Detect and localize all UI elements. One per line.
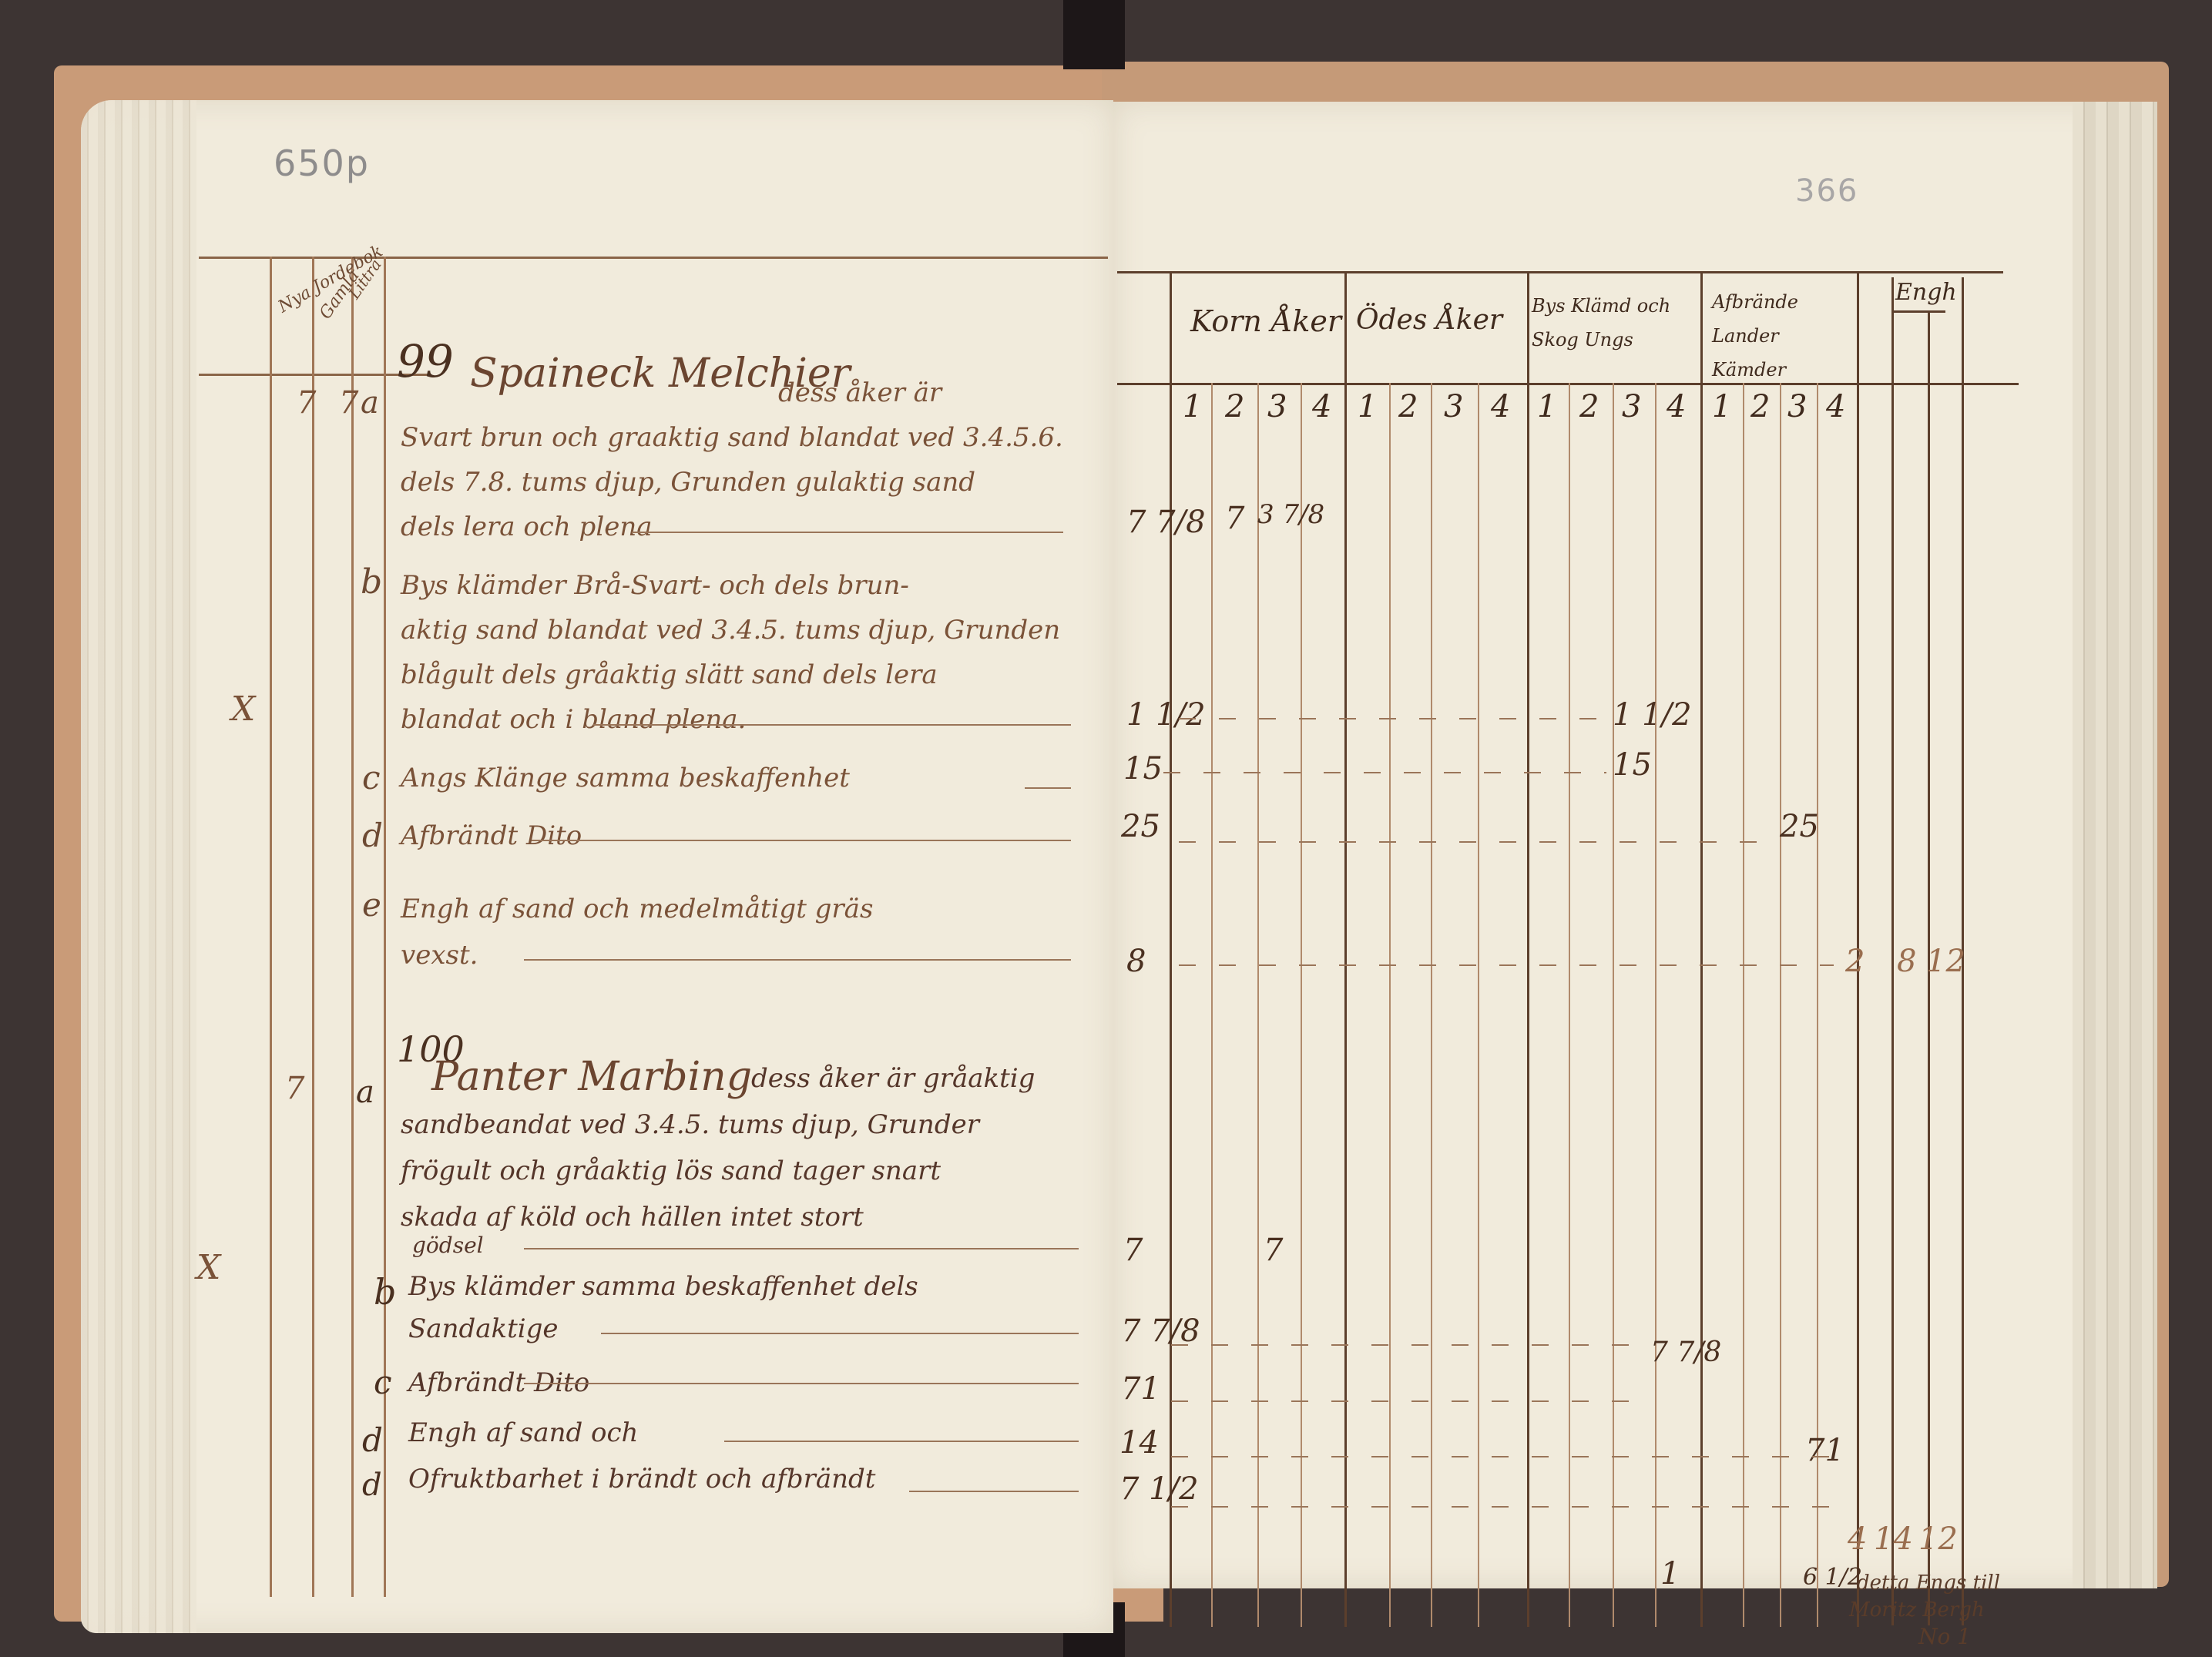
right-col-o2 <box>1389 383 1391 1627</box>
row-99b-total: 1 1/2 <box>1126 697 1206 733</box>
right-col-o1 <box>1344 271 1347 1627</box>
row-100d-engh2: 12 <box>1918 1521 1958 1557</box>
header-odes-aker: Ödes Åker <box>1356 304 1502 336</box>
subcol-odes-1: 1 <box>1358 389 1377 424</box>
dashes-100c <box>1171 1400 1633 1402</box>
entry-100a-line-4: skada af köld och hällen intet stort <box>401 1202 864 1233</box>
subcol-afbr-2: 2 <box>1750 389 1770 424</box>
subcol-korn-3: 3 <box>1267 389 1287 424</box>
right-col-a1 <box>1700 271 1703 1627</box>
row-99c-bys3: 15 <box>1613 747 1652 783</box>
left-col-divider-1 <box>270 257 272 1597</box>
leader-99d <box>532 840 1071 841</box>
entry-99-letter-d: d <box>362 817 383 854</box>
footnote-line-1: detta Engs till <box>1857 1571 2000 1595</box>
subcol-bys-2: 2 <box>1579 389 1599 424</box>
right-col-b2 <box>1569 383 1570 1627</box>
subcol-afbr-3: 3 <box>1787 389 1807 424</box>
subcol-korn-4: 4 <box>1312 389 1331 424</box>
entry-99a-line-3: dels 7.8. tums djup, Grunden gulaktig sa… <box>401 467 975 498</box>
subcol-korn-1: 1 <box>1183 389 1202 424</box>
row-99d-afbr2: 25 <box>1780 809 1819 844</box>
row-100e-total: 7 1/2 <box>1119 1471 1199 1507</box>
entry-100a-line-1: dess åker är gråaktig <box>751 1063 1035 1094</box>
right-col-a2 <box>1743 383 1744 1627</box>
subcol-afbr-4: 4 <box>1826 389 1845 424</box>
right-col-a3 <box>1780 383 1781 1627</box>
footnote-value: 6 1/2 <box>1803 1564 1862 1591</box>
left-col-divider-2 <box>312 257 314 1597</box>
entry-100-letter-b: b <box>374 1271 396 1313</box>
margin-value-99-nya: 7 <box>297 385 316 421</box>
subcol-afbr-1: 1 <box>1712 389 1731 424</box>
margin-value-99-gamla: 7 <box>339 385 358 421</box>
entry-99a-line-4: dels lera och plena <box>401 512 653 542</box>
entry-99-letter-e: e <box>362 886 381 924</box>
row-100d-engh1: 14 <box>1874 1521 1913 1557</box>
dashes-100d <box>1171 1456 1841 1457</box>
right-col-k4 <box>1301 383 1302 1627</box>
leader-99a <box>632 532 1063 533</box>
dashes-99e <box>1179 964 1834 966</box>
book-spine-top <box>1063 0 1125 69</box>
leader-99b <box>593 724 1071 726</box>
row-99b-bys3: 1 1/2 <box>1613 697 1692 733</box>
row-99e-engh1: 8 <box>1897 944 1916 979</box>
entry-100a-line-5: gödsel <box>412 1233 484 1258</box>
right-col-b3 <box>1613 383 1614 1627</box>
leader-100c <box>524 1383 1079 1384</box>
footnote-line-2: Moritz Bergh <box>1849 1598 1985 1622</box>
subcol-bys-3: 3 <box>1622 389 1641 424</box>
entry-100-letter-d: d <box>362 1421 383 1459</box>
right-header-top-rule <box>1117 271 2003 273</box>
entry-99b-line-2: aktig sand blandat ved 3.4.5. tums djup,… <box>401 615 1060 646</box>
dashes-100e <box>1171 1506 1841 1508</box>
dashes-100b <box>1171 1344 1641 1346</box>
right-col-e1 <box>1891 277 1894 1625</box>
right-col-total <box>1170 271 1172 1627</box>
row-100a-korn3: 7 <box>1264 1233 1283 1268</box>
entry-100e-line-1: Ofruktbarhet i brändt och afbrändt <box>408 1464 875 1494</box>
right-col-k3 <box>1257 383 1259 1627</box>
entry-99b-line-4: blandat och i bland plena. <box>401 704 746 735</box>
subcol-korn-2: 2 <box>1225 389 1244 424</box>
entry-99c-line-1: Angs Klänge samma beskaffenhet <box>401 763 850 793</box>
entry-99-letter-c: c <box>362 759 381 797</box>
row-100a-total: 7 <box>1123 1233 1143 1268</box>
right-page-edge-stack <box>2073 102 2157 1588</box>
margin-cross-1: X <box>231 689 255 729</box>
leader-100b <box>601 1333 1079 1334</box>
right-header-bottom-rule <box>1117 383 2019 385</box>
entry-99-letter-b: b <box>361 562 382 602</box>
row-100b-bys3: 7 7/8 <box>1650 1337 1721 1368</box>
subcol-odes-4: 4 <box>1491 389 1510 424</box>
row-99d-total: 25 <box>1121 809 1160 844</box>
entry-100-letter-a: a <box>356 1075 374 1110</box>
entry-100a-line-2: sandbeandat ved 3.4.5. tums djup, Grunde… <box>401 1109 979 1140</box>
row-100d-total: 14 <box>1119 1425 1159 1461</box>
header-afbrande: Afbrände Lander Kämder <box>1712 285 1851 387</box>
entry-100-name: Panter Marbing <box>431 1054 752 1100</box>
right-col-o3 <box>1431 383 1432 1627</box>
entry-100b-line-2: Sandaktige <box>408 1313 559 1344</box>
row-99e-afbr4: 2 <box>1845 944 1865 979</box>
leader-99c <box>1025 787 1071 789</box>
row-100c-total: 71 <box>1121 1371 1160 1407</box>
left-pencil-folio: 650p <box>274 143 370 184</box>
row-100e-bys3: 1 <box>1660 1556 1680 1592</box>
header-korn-aker: Korn Åker <box>1190 304 1341 338</box>
row-99c-total: 15 <box>1123 751 1163 787</box>
row-99a-total: 7 7/8 <box>1126 505 1206 540</box>
bottom-mark: No 1 <box>1918 1624 1971 1649</box>
dashes-99b <box>1179 718 1606 719</box>
leader-100a <box>524 1248 1079 1249</box>
row-99e-total: 8 <box>1126 944 1146 979</box>
right-col-b1 <box>1527 271 1529 1627</box>
entry-100b-line-1: Bys klämder samma beskaffenhet dels <box>408 1271 918 1302</box>
row-99e-engh2: 12 <box>1926 944 1965 979</box>
right-col-k2 <box>1211 383 1213 1627</box>
leader-99e <box>524 959 1071 961</box>
entry-99b-line-3: blågult dels gråaktig slätt sand dels le… <box>401 659 938 690</box>
left-col-divider-3 <box>351 257 354 1597</box>
right-col-b4 <box>1655 383 1656 1627</box>
subcol-bys-4: 4 <box>1667 389 1686 424</box>
dashes-99d <box>1179 841 1772 843</box>
row-99a-korn3: 3 7/8 <box>1257 499 1324 530</box>
right-col-o4 <box>1478 383 1479 1627</box>
header-bys-klamd: Bys Klämd och Skog Ungs <box>1532 289 1693 357</box>
entry-99e-line-2: vexst. <box>401 940 478 971</box>
margin-cross-2: X <box>196 1248 220 1287</box>
left-page <box>81 100 1113 1633</box>
entry-99-number: 99 <box>397 335 454 387</box>
entry-99e-line-1: Engh af sand och medelmåtigt gräs <box>401 894 873 924</box>
entry-99d-line-1: Afbrändt Dito <box>401 820 582 851</box>
entry-100-letter-d2: d <box>362 1467 382 1503</box>
row-100c-afbr2: 71 <box>1805 1433 1844 1468</box>
left-page-edge-stack <box>81 100 196 1633</box>
row-99a-korn2: 7 <box>1225 501 1244 536</box>
entry-99-letter-a: a <box>361 385 379 421</box>
engh-header-underline <box>1891 310 1945 313</box>
leader-100e <box>909 1491 1079 1492</box>
leader-100d <box>724 1441 1079 1442</box>
entry-100a-line-3: frögult och gråaktig lös sand tager snar… <box>401 1156 941 1186</box>
header-engh: Engh <box>1895 279 1957 306</box>
left-header-top-rule <box>199 257 1108 259</box>
dashes-99c <box>1163 772 1606 773</box>
subcol-odes-3: 3 <box>1444 389 1463 424</box>
entry-99b-line-1: Bys klämder Brå-Svart- och dels brun- <box>401 570 909 601</box>
entry-100d-line-1: Engh af sand och <box>408 1417 638 1448</box>
row-100d-afbr4: 4 <box>1848 1521 1867 1557</box>
entry-100-letter-c: c <box>374 1364 392 1401</box>
subcol-bys-1: 1 <box>1537 389 1556 424</box>
margin-value-100: 7 <box>285 1071 304 1106</box>
left-header-bottom-rule <box>199 374 430 376</box>
right-pencil-folio: 366 <box>1795 173 1858 209</box>
subcol-odes-2: 2 <box>1398 389 1418 424</box>
entry-99a-line-1: dess åker är <box>778 377 942 408</box>
entry-99a-line-2: Svart brun och graaktig sand blandat ved… <box>401 422 1063 453</box>
